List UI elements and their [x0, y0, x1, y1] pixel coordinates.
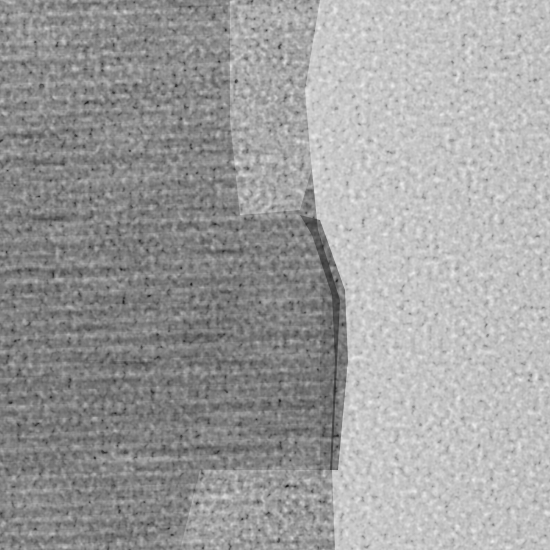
- streak-noise: [0, 0, 550, 550]
- texture-image: [0, 0, 550, 550]
